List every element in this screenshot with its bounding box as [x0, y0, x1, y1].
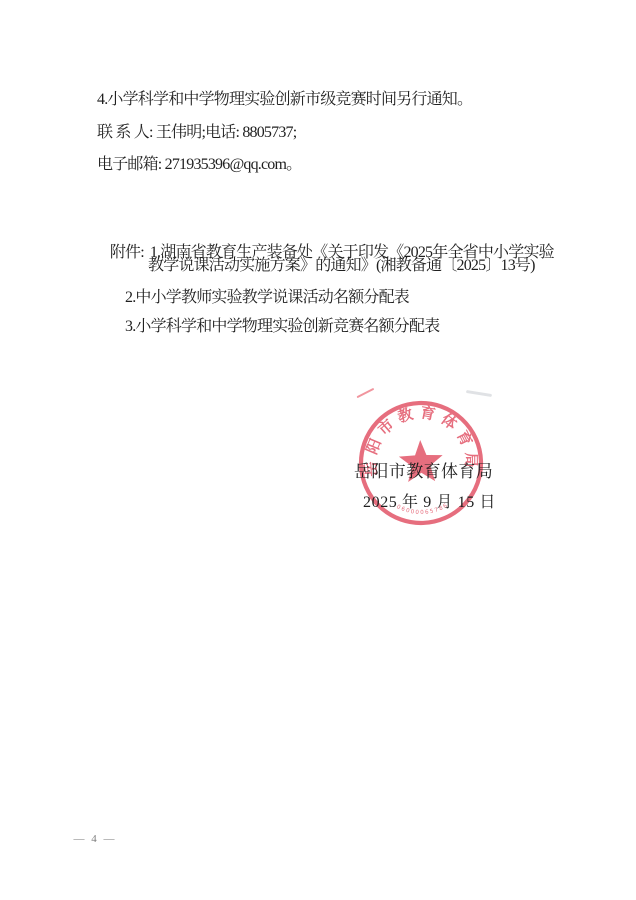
stray-red-ink-mark — [356, 388, 374, 399]
email-line: 电子邮箱: 271935396@qq.com。 — [97, 155, 301, 174]
attachments-label: 附件: — [110, 244, 144, 261]
document-page: 4.小学科学和中学物理实验创新市级竞赛时间另行通知。 联 系 人: 王伟明;电话… — [0, 0, 636, 900]
signature-date: 2025 年 9 月 15 日 — [363, 489, 496, 512]
page-number: — 4 — — [0, 833, 190, 845]
attachment-item-1-line-2: 教学说课活动实施方案》的通知》(湘教备通〔2025〕13号) — [148, 256, 535, 275]
attachment-item-2: 2.中小学教师实验教学说课活动名额分配表 — [125, 288, 409, 307]
signature-org-name: 岳阳市教育体育局 — [354, 457, 493, 482]
contact-line: 联 系 人: 王伟明;电话: 8805737; — [97, 123, 296, 142]
attachment-item-3: 3.小学科学和中学物理实验创新竞赛名额分配表 — [125, 317, 439, 336]
paragraph-notice-item4: 4.小学科学和中学物理实验创新市级竞赛时间另行通知。 — [97, 90, 472, 109]
